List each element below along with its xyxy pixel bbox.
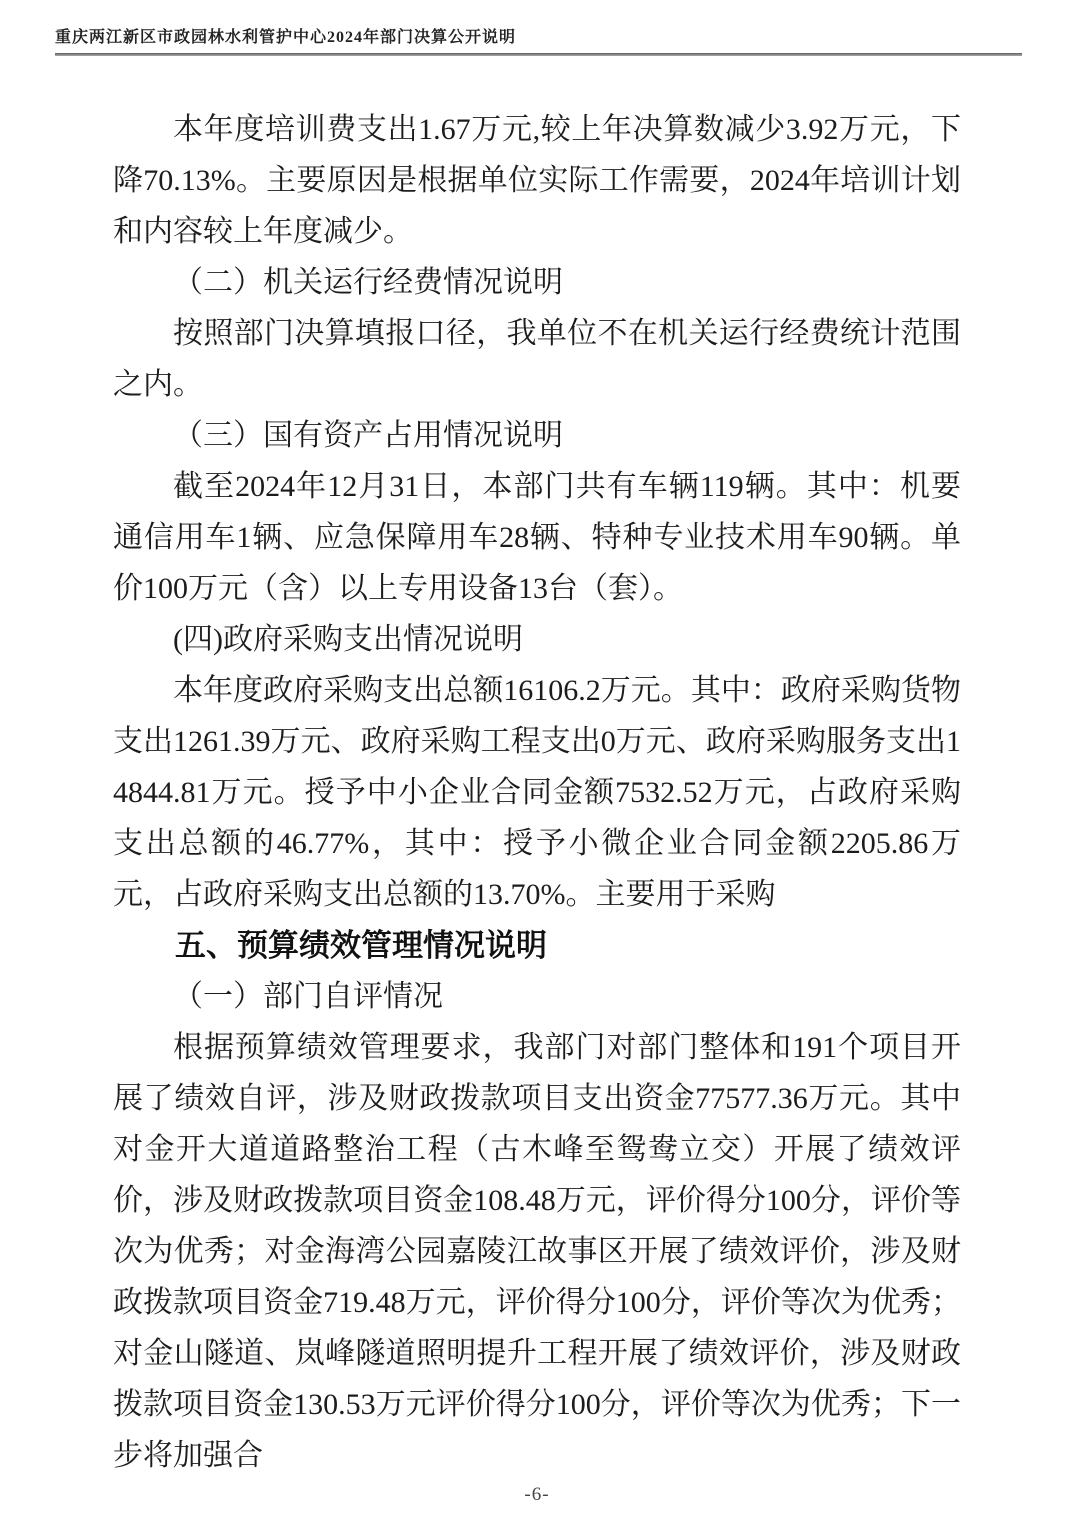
header-title: 重庆两江新区市政园林水利管护中心2024年部门决算公开说明 — [55, 28, 1022, 48]
page-header: 重庆两江新区市政园林水利管护中心2024年部门决算公开说明 — [55, 28, 1022, 56]
body-paragraph: 本年度培训费支出1.67万元,较上年决算数减少3.92万元，下降70.13%。主… — [113, 104, 961, 257]
subsection-heading: （一）部门自评情况 — [113, 971, 961, 1022]
page-number: -6- — [524, 1484, 549, 1505]
body-paragraph: 按照部门决算填报口径，我单位不在机关运行经费统计范围之内。 — [113, 308, 961, 410]
subsection-heading: （二）机关运行经费情况说明 — [113, 257, 961, 308]
section-heading: 五、预算绩效管理情况说明 — [113, 920, 961, 971]
body-paragraph: 本年度政府采购支出总额16106.2万元。其中：政府采购货物支出1261.39万… — [113, 665, 961, 920]
header-rule — [55, 53, 1022, 56]
subsection-heading: (四)政府采购支出情况说明 — [113, 614, 961, 665]
document-page: 重庆两江新区市政园林水利管护中心2024年部门决算公开说明 本年度培训费支出1.… — [0, 0, 1074, 1520]
body-paragraph: 根据预算绩效管理要求，我部门对部门整体和191个项目开展了绩效自评，涉及财政拨款… — [113, 1022, 961, 1481]
subsection-heading: （三）国有资产占用情况说明 — [113, 410, 961, 461]
document-body: 本年度培训费支出1.67万元,较上年决算数减少3.92万元，下降70.13%。主… — [113, 104, 961, 1481]
page-footer: -6- — [0, 1484, 1074, 1506]
body-paragraph: 截至2024年12月31日，本部门共有车辆119辆。其中：机要通信用车1辆、应急… — [113, 461, 961, 614]
